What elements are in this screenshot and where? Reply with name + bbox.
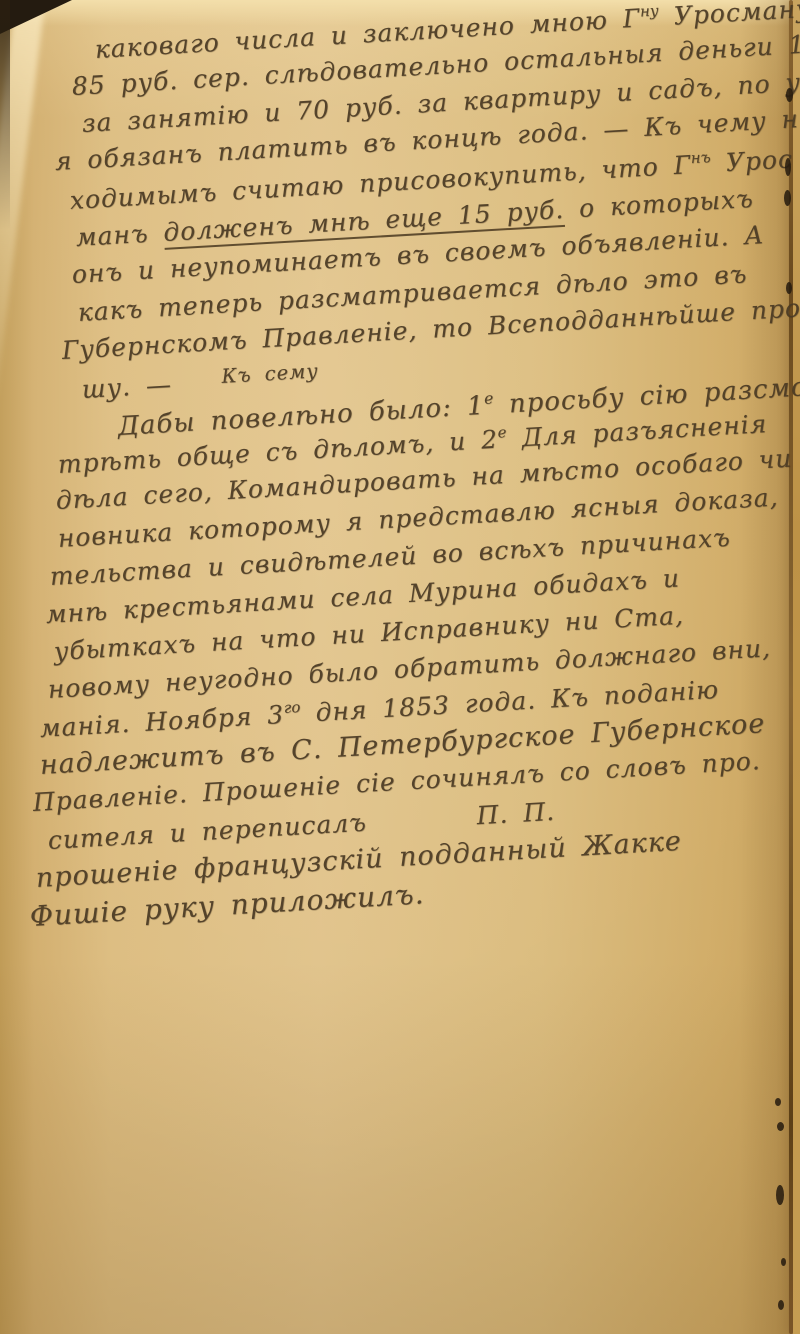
ink-spot (781, 1258, 786, 1266)
text-segment: манія. Ноября 3 (39, 700, 285, 743)
text-segment: го (283, 698, 301, 717)
text-segment: Урос (710, 144, 794, 178)
manuscript-photo: каковаго числа и заключено мною Гну Урос… (0, 0, 800, 1334)
text-segment: Къ сему (221, 360, 319, 389)
handwriting-lines: каковаго числа и заключено мною Гну Урос… (0, 0, 800, 1334)
ink-spot (784, 190, 791, 206)
text-segment: нъ (690, 148, 711, 167)
ink-spot (776, 1185, 784, 1205)
text-segment: П. П. (476, 796, 556, 829)
ink-spot (786, 88, 793, 102)
text-segment: манъ (75, 217, 164, 251)
text-segment: о которыхъ (563, 183, 754, 223)
handwriting-line: шу. —Къ сему (81, 362, 319, 403)
ink-spot (778, 1300, 784, 1310)
ink-spot (786, 282, 792, 294)
ink-spot (785, 158, 791, 176)
ink-spot (775, 1098, 781, 1106)
text-segment: Уросману (658, 0, 800, 31)
ink-spot (777, 1122, 784, 1131)
text-segment: шу. — (81, 370, 173, 404)
text-segment: ну (639, 2, 659, 21)
